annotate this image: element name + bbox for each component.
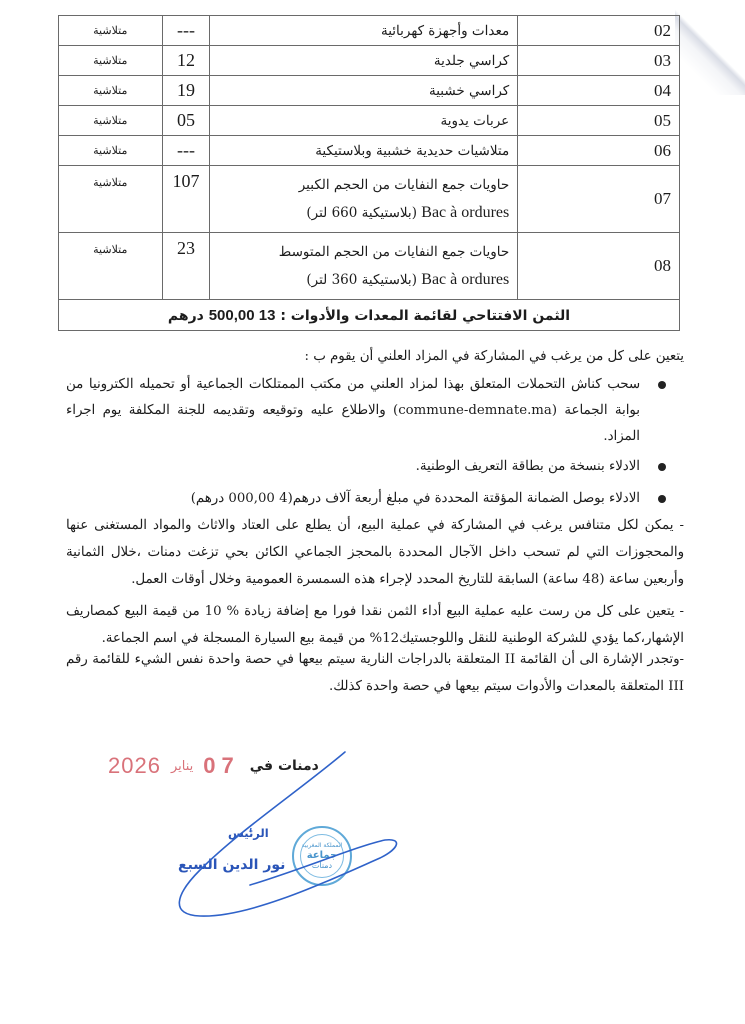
items-table: 02 معدات وأجهزة كهربائية --- متلاشية 03 … [58,15,680,331]
bullet-icon [658,381,666,389]
item-number: 08 [518,233,680,300]
item-quantity: 23 [162,233,210,300]
date-month: يناير [171,759,193,774]
item-number: 03 [518,46,680,76]
list-item: سحب كناش التحملات المتعلق بهذا لمزاد الع… [66,372,672,450]
requirement-text: سحب كناش التحملات المتعلق بهذا لمزاد الع… [66,377,640,444]
table-row: 04 كراسي خشبية 19 متلاشية [59,76,680,106]
item-quantity: --- [162,16,210,46]
table-row: 05 عربات يدوية 05 متلاشية [59,106,680,136]
lots-note-paragraph: -وتجدر الإشارة الى أن القائمة II المتعلق… [66,646,684,700]
item-description: عربات يدوية [210,106,518,136]
item-number: 02 [518,16,680,46]
list-item: الادلاء بنسخة من بطاقة التعريف الوطنية. [66,454,672,480]
item-state: متلاشية [59,16,163,46]
signatory-name: نور الدين السبع [178,857,285,873]
bullet-icon [658,495,666,503]
description-line-1: حاويات جمع النفايات من الحجم الكبير [218,171,509,199]
item-description: كراسي خشبية [210,76,518,106]
description-line-2: Bac à ordures (بلاستيكية 660 لتر) [218,199,509,227]
table-row: 06 متلاشيات حديدية خشبية وبلاستيكية --- … [59,136,680,166]
item-state: متلاشية [59,136,163,166]
item-description: حاويات جمع النفايات من الحجم الكبير Bac … [210,166,518,233]
total-row: الثمن الافتتاحي لقائمة المعدات والأدوات … [59,300,680,331]
description-latin: Bac à ordures [421,204,509,221]
item-state: متلاشية [59,166,163,233]
opening-price: الثمن الافتتاحي لقائمة المعدات والأدوات … [59,300,680,331]
table-row: 03 كراسي جلدية 12 متلاشية [59,46,680,76]
official-seal: المملكة المغربية جماعة دمنات [292,826,352,886]
item-quantity: 05 [162,106,210,136]
item-quantity: --- [162,136,210,166]
table-row: 08 حاويات جمع النفايات من الحجم المتوسط … [59,233,680,300]
description-line-2: Bac à ordures (بلاستيكية 360 لتر) [218,266,509,294]
table-row: 02 معدات وأجهزة كهربائية --- متلاشية [59,16,680,46]
description-line-1: حاويات جمع النفايات من الحجم المتوسط [218,238,509,266]
item-number: 06 [518,136,680,166]
requirement-text: الادلاء بوصل الضمانة المؤقتة المحددة في … [191,491,640,506]
item-number: 05 [518,106,680,136]
item-description: حاويات جمع النفايات من الحجم المتوسط Bac… [210,233,518,300]
list-item: الادلاء بوصل الضمانة المؤقتة المحددة في … [66,486,672,512]
seal-top-text: المملكة المغربية [302,841,343,851]
item-state: متلاشية [59,46,163,76]
date-day: 07 [203,753,239,779]
payment-paragraph: - يتعين على كل من رست عليه عملية البيع أ… [66,598,684,652]
item-description: متلاشيات حديدية خشبية وبلاستيكية [210,136,518,166]
date-place: دمنات في [250,758,319,774]
seal-mid-text: جماعة [307,851,338,861]
opening-price-currency: درهم [168,308,204,324]
signatory-title: الرئيس [228,826,269,840]
item-description: معدات وأجهزة كهربائية [210,16,518,46]
bullet-icon [658,463,666,471]
requirements-intro: يتعين على كل من يرغب في المشاركة في المز… [66,343,684,370]
item-description: كراسي جلدية [210,46,518,76]
item-number: 04 [518,76,680,106]
requirements-list: سحب كناش التحملات المتعلق بهذا لمزاد الع… [66,372,672,516]
date-year: 2026 [108,753,161,779]
item-quantity: 12 [162,46,210,76]
description-latin: Bac à ordures [421,271,509,288]
item-state: متلاشية [59,76,163,106]
date-line: دمنات في 07 يناير 2026 [108,751,319,781]
seal-bottom-text: دمنات [312,861,332,871]
item-quantity: 107 [162,166,210,233]
description-capacity: (بلاستيكية 360 لتر) [306,272,417,288]
table-row: 07 حاويات جمع النفايات من الحجم الكبير B… [59,166,680,233]
description-capacity: (بلاستيكية 660 لتر) [306,205,417,221]
opening-price-amount: 13 500,00 [209,307,276,324]
opening-price-label: الثمن الافتتاحي لقائمة المعدات والأدوات … [280,308,570,324]
item-number: 07 [518,166,680,233]
item-state: متلاشية [59,233,163,300]
item-quantity: 19 [162,76,210,106]
item-state: متلاشية [59,106,163,136]
inspection-paragraph: - يمكن لكل متنافس يرغب في المشاركة في عم… [66,512,684,593]
requirement-text: الادلاء بنسخة من بطاقة التعريف الوطنية. [416,459,640,474]
page-corner-fold [675,0,745,95]
